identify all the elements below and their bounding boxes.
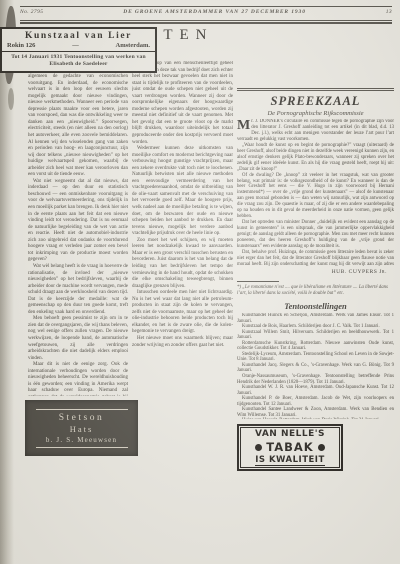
paragraph: Zoo moet het wel schijnen, en wij moeten… (132, 238, 233, 290)
ad-product: Hats (36, 424, 128, 434)
section-rule-b (237, 90, 394, 91)
ad-retailer: b. J. S. Meeuwsen (36, 436, 128, 444)
gallery-city: Amsterdam. (116, 42, 150, 49)
footnote: *) „Le romantisme n’est .... que le libé… (237, 285, 394, 297)
article-column-2: in den loop van een menschenleeftijd geh… (132, 61, 233, 470)
gallery-name: Kunstzaal van Lier (5, 31, 152, 41)
paragraph: in den loop van een menschenleeftijd geh… (132, 61, 233, 146)
paragraph: Intusschen oordeele men hier niet lichtv… (132, 290, 233, 336)
paragraph: Mr. J. DONNER’s circulaire en commissie … (237, 119, 394, 143)
exhibition-list-item: Kunstzaal Willem Smit, Hilversum. Schild… (237, 330, 394, 341)
issue-number: No. 2795 (20, 9, 43, 15)
article-column-1: WANNEER men denkt aan nieuwigheden dan v… (28, 61, 128, 396)
paragraph: Wat niet wegneemt dat al dat nieuws, dat… (28, 179, 128, 264)
paragraph: Of de dwaling? De „knoop” zit veeleer in… (237, 173, 394, 221)
exhibition-list-item: Huize van Hasselt, Rotterdam. Werk van D… (237, 418, 394, 419)
binding-shadow (0, 0, 14, 564)
exhibition-list-item: Rotterdamsche Kunstkring, Rotterdam. Nie… (237, 341, 394, 352)
page-number: 13 (386, 9, 392, 15)
scan-ink-mark-small (8, 88, 14, 110)
paragraph: Wat wèl belang heeft is de vraag in hoev… (28, 264, 128, 316)
kunstzaal-van-lier-ad: Kunstzaal van Lier Rokin 126 — Amsterdam… (0, 27, 157, 73)
spreekzaal-body: Mr. J. DONNER’s circulaire en commissie … (237, 119, 394, 268)
footnote-rule (237, 281, 279, 282)
section-rule-a (237, 88, 394, 89)
dot-icon (255, 444, 262, 451)
exhibition-list-item: Kunsthandel Jacq. Slegers & Co., ’s-Grav… (237, 363, 394, 374)
ad-brand: Stetson (36, 413, 128, 423)
spreekzaal-subheading: De Pornographische Rijkscommissie (237, 110, 394, 117)
header-rule-a (20, 20, 392, 21)
ad-line-brand: VAN NELLE'S (255, 429, 325, 439)
header-rule-top (20, 6, 392, 7)
paragraph: Het nieuwe moet ons waarmerk blijven; ma… (132, 336, 233, 349)
paragraph: WANNEER men denkt aan nieuwigheden dan v… (28, 61, 128, 179)
ad-line-slogan: IS KWALITEIT (255, 455, 325, 466)
gallery-address: Rokin 126 — Amsterdam. (5, 42, 152, 49)
exhibition-list-item: Kunsthandel Huinck en Scherjon, Amsterda… (237, 313, 394, 324)
exhibition-list-item: Kunsthandel P. de Boer, Amsterdam. Jacob… (237, 396, 394, 407)
stetson-hats-ad: Stetson Hats b. J. S. Meeuwsen (25, 400, 138, 456)
paragraph: Men behoeft geen pessimist te zijn om in… (28, 316, 128, 362)
masthead: DE GROENE AMSTERDAMMER VAN 27 DECEMBER 1… (123, 9, 306, 15)
box-divider (2, 51, 155, 52)
paragraph: Dat het optreden van minister Donner „du… (237, 220, 394, 250)
address-dash: — (72, 42, 79, 49)
van-nelle-tabak-ad: VAN NELLE'S TABAK IS KWALITEIT (237, 424, 343, 471)
page-header: No. 2795 DE GROENE AMSTERDAMMER VAN 27 D… (20, 9, 392, 15)
newspaper-page: No. 2795 DE GROENE AMSTERDAMMER VAN 27 D… (0, 0, 400, 564)
spreekzaal-heading: SPREEKZAAL (237, 94, 394, 109)
exhibition-list: Kunsthandel Huinck en Scherjon, Amsterda… (237, 313, 394, 419)
tentoonstellingen-heading: Tentoonstellingen (237, 301, 394, 311)
paragraph: Maar dit is niet de eenige zorg. Ook de … (28, 362, 128, 396)
exhibition-list-item: Kunsthandel W. J. R. van Hoeve, Amsterda… (237, 385, 394, 396)
stetson-ad-inner: Stetson Hats b. J. S. Meeuwsen (36, 409, 128, 448)
paragraph: „Waar houdt de kunst op en begint de por… (237, 143, 394, 173)
dropcap: M (237, 119, 251, 132)
dot-icon (318, 444, 325, 451)
letter-signature: HUB. CUYPERS Jr. (237, 269, 387, 275)
ad-product-word: TABAK (266, 440, 313, 454)
exhibition-announcement: Tot 14 Januari 1931 Tentoonstelling van … (5, 54, 152, 68)
exhibition-list-item: Kunstzaal de Bois, Haarlem. Schilderijen… (237, 324, 394, 330)
ad-line-product: TABAK (255, 440, 324, 454)
exhibition-list-item: Kunsthandel Santee Landweer & Zoon, Amst… (237, 407, 394, 418)
paragraph: Dat, behalve prof. Huizinga, de commissi… (237, 250, 394, 268)
header-rule-b (20, 22, 392, 24)
gallery-street: Rokin 126 (7, 42, 35, 49)
exhibition-list-item: Oranje-Nassaumuseum, ’s-Gravenhage. Tent… (237, 374, 394, 385)
paragraph: Wedermeer kunnen deze uitkomsten van moe… (132, 146, 233, 238)
exhibition-list-item: Stedelijk-Lyceum, Amsterdam. Tentoonstel… (237, 352, 394, 363)
